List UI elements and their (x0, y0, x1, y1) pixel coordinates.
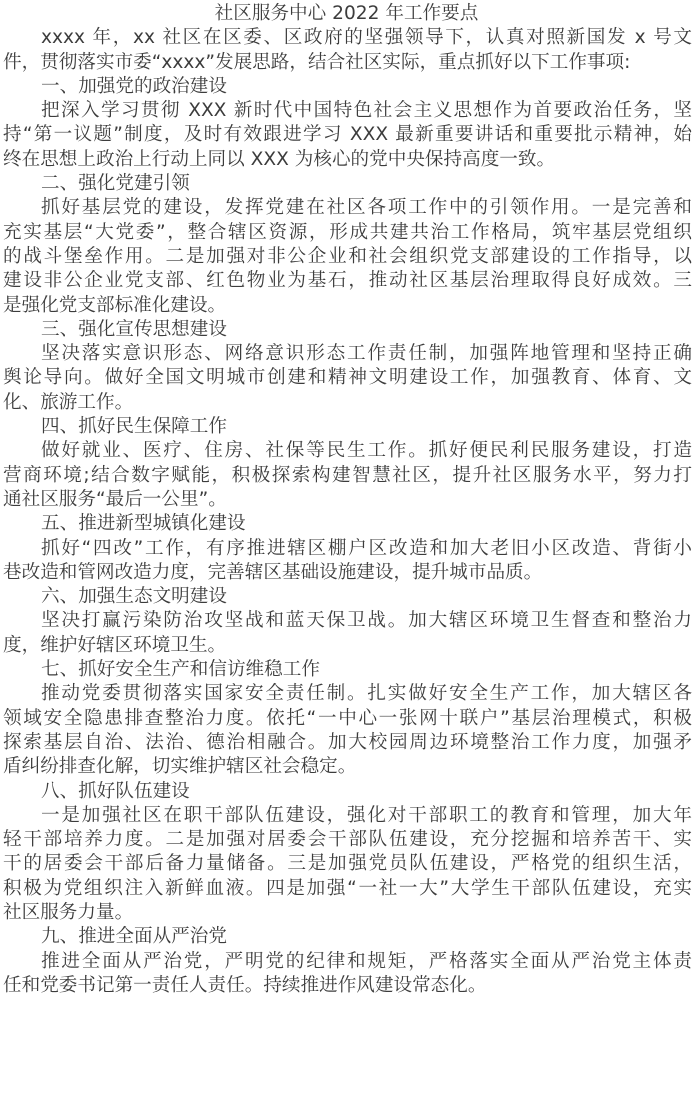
paragraph-line: 探索基层自治、法治、德治相融合。加大校园周边环境整治工作力度，加强矛 (0, 731, 693, 755)
paragraph-line: 做好就业、医疗、住房、社保等民生工作。抓好便民利民服务建设，打造 (0, 439, 693, 463)
paragraph-line: 把深入学习贯彻 XXX 新时代中国特色社会主义思想作为首要政治任务，坚 (0, 99, 693, 123)
paragraph-line: 抓好基层党的建设，发挥党建在社区各项工作中的引领作用。一是完善和 (0, 196, 693, 220)
section-heading: 一、加强党的政治建设 (0, 75, 693, 99)
paragraph-line: 推动党委贯彻落实国家安全责任制。扎实做好安全生产工作，加大辖区各 (0, 682, 693, 706)
paragraph-line: 社区服务力量。 (0, 901, 693, 925)
paragraph-line: 领域安全隐患排查整治力度。依托“一中心一张网十联户”基层治理模式，积极 (0, 707, 693, 731)
paragraph-line: 轻干部培养力度。二是加强对居委会干部队伍建设，充分挖掘和培养苦干、实 (0, 828, 693, 852)
section-heading: 八、抓好队伍建设 (0, 780, 693, 804)
paragraph-line: 坚决打赢污染防治攻坚战和蓝天保卫战。加大辖区环境卫生督查和整治力 (0, 609, 693, 633)
paragraph-line: 终在思想上政治上行动上同以 XXX 为核心的党中央保持高度一致。 (0, 148, 693, 172)
paragraph-line: 度，维护好辖区环境卫生。 (0, 634, 693, 658)
document-title: 社区服务中心 2022 年工作要点 (0, 2, 693, 26)
paragraph-line: 舆论导向。做好全国文明城市创建和精神文明建设工作，加强教育、体育、文 (0, 366, 693, 390)
section-heading: 七、抓好安全生产和信访维稳工作 (0, 658, 693, 682)
paragraph-line: 件，贯彻落实市委“xxxx”发展思路，结合社区实际，重点抓好以下工作事项: (0, 51, 693, 75)
paragraph-line: 积极为党组织注入新鲜血液。四是加强“一社一大”大学生干部队伍建设，充实 (0, 877, 693, 901)
paragraph-line: 一是加强社区在职干部队伍建设，强化对干部职工的教育和管理，加大年 (0, 804, 693, 828)
paragraph-line: 是强化党支部标准化建设。 (0, 294, 693, 318)
paragraph-line: 盾纠纷排查化解，切实维护辖区社会稳定。 (0, 755, 693, 779)
document-body: xxxx 年，xx 社区在区委、区政府的坚强领导下，认真对照新国发 x 号文件，… (0, 26, 693, 998)
paragraph-line: 任和党委书记第一责任人责任。持续推进作风建设常态化。 (0, 974, 693, 998)
paragraph-line: 的战斗堡垒作用。二是加强对非公企业和社会组织党支部建设的工作指导，以 (0, 245, 693, 269)
section-heading: 二、强化党建引领 (0, 172, 693, 196)
section-heading: 五、推进新型城镇化建设 (0, 512, 693, 536)
section-heading: 六、加强生态文明建设 (0, 585, 693, 609)
paragraph-line: 持“第一议题”制度，及时有效跟进学习 XXX 最新重要讲话和重要批示精神，始 (0, 123, 693, 147)
paragraph-line: 营商环境;结合数字赋能，积极探索构建智慧社区，提升社区服务水平，努力打 (0, 464, 693, 488)
paragraph-line: 干的居委会干部后备力量储备。三是加强党员队伍建设，严格党的组织生活， (0, 852, 693, 876)
section-heading: 九、推进全面从严治党 (0, 925, 693, 949)
paragraph-line: 巷改造和管网改造力度，完善辖区基础设施建设，提升城市品质。 (0, 561, 693, 585)
paragraph-line: 坚决落实意识形态、网络意识形态工作责任制，加强阵地管理和坚持正确 (0, 342, 693, 366)
document: 社区服务中心 2022 年工作要点 xxxx 年，xx 社区在区委、区政府的坚强… (0, 0, 693, 998)
paragraph-line: xxxx 年，xx 社区在区委、区政府的坚强领导下，认真对照新国发 x 号文 (0, 26, 693, 50)
paragraph-line: 建设非公企业党支部、红色物业为基石，推动社区基层治理取得良好成效。三 (0, 269, 693, 293)
paragraph-line: 推进全面从严治党，严明党的纪律和规矩，严格落实全面从严治党主体责 (0, 950, 693, 974)
paragraph-line: 化、旅游工作。 (0, 391, 693, 415)
section-heading: 三、强化宣传思想建设 (0, 318, 693, 342)
paragraph-line: 抓好“四改”工作，有序推进辖区棚户区改造和加大老旧小区改造、背街小 (0, 537, 693, 561)
section-heading: 四、抓好民生保障工作 (0, 415, 693, 439)
paragraph-line: 通社区服务“最后一公里”。 (0, 488, 693, 512)
paragraph-line: 充实基层“大党委”，整合辖区资源，形成共建共治工作格局，筑牢基层党组织 (0, 221, 693, 245)
